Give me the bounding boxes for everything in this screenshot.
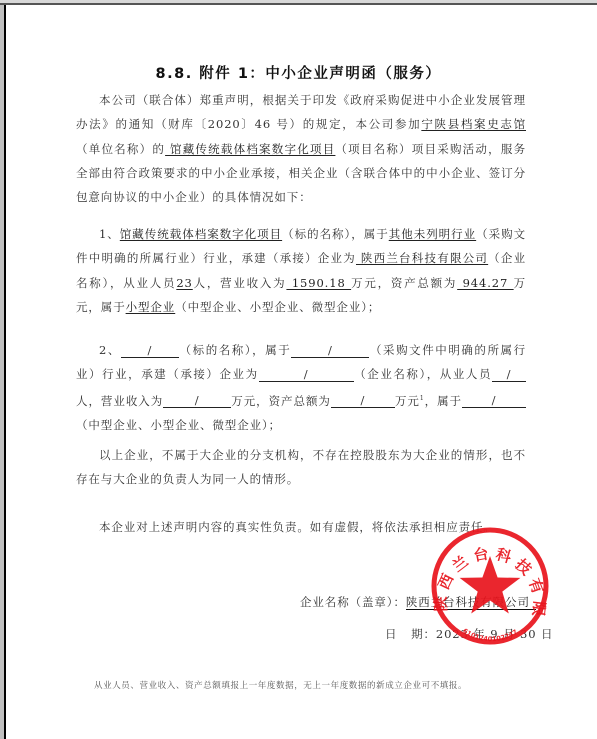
item-2-employees: / [492,367,526,382]
statement-independence: 以上企业，不属于大企业的分支机构，不存在控股股东为大企业的情形，也不存在与大企业… [76,443,526,492]
item-2-text: （中型企业、小型企业、微型企业）； [76,418,281,432]
item-2-subject-name: / [121,343,179,358]
item-2-text: （标的名称），属于 [179,343,291,357]
project-name: 馆藏传统载体档案数字化项目 [165,142,335,156]
item-2-size: / [462,393,526,408]
item-2-text: （企业名称），从业人员 [354,367,492,381]
company-seal: 陕西兰台科技有限公司 6101240102247 [420,520,560,660]
footnote: 从业人员、营业收入、资产总额填报上一年度数据，无上一年度数据的新成立企业可不填报… [94,679,467,691]
item-1-paragraph: 1、馆藏传统载体档案数字化项目（标的名称），属于其他未列明行业（采购文件中明确的… [76,222,526,319]
signature-label: 企业名称（盖章）： [300,595,406,609]
item-1-text: （中型企业、小型企业、微型企业）； [175,300,380,314]
item-2-text: 万元 [395,393,420,407]
item-1-company: 陕西兰台科技有限公司 [356,251,488,265]
page-title: 8.8. 附件 1：中小企业声明函（服务） [0,62,597,83]
item-1-text: 万元，资产总额为 [351,276,457,290]
item-2-paragraph: 2、/（标的名称），属于/（采购文件中明确的所属行业）行业，承建（承接）企业为/… [76,338,526,437]
item-1-employees: 23 [176,276,192,290]
item-1-subject-name: 馆藏传统载体档案数字化项目 [120,227,282,241]
item-2-company: / [259,367,354,382]
item-2-text: ，属于 [425,393,462,407]
item-1-revenue: 1590.18 [286,276,351,290]
unit-name: 宁陕县档案史志馆 [421,117,526,131]
item-1-text: （标的名称），属于 [282,227,389,241]
item-2-text: 人，营业收入为 [76,393,163,407]
item-2-assets: / [331,393,395,408]
item-2-revenue: / [163,393,231,408]
item-1-text: 人，营业收入为 [193,276,287,290]
item-2-industry: / [291,343,369,358]
intro-text-2: （单位名称）的 [76,142,165,156]
item-1-industry: 其他未列明行业 [389,227,476,241]
item-1-assets: 944.27 [457,276,513,290]
intro-paragraph: 本公司（联合体）郑重声明，根据关于印发《政府采购促进中小企业发展管理办法》的通知… [76,88,526,209]
item-1-number: 1、 [99,227,120,241]
item-2-text: 万元，资产总额为 [231,393,331,407]
item-2-number: 2、 [99,343,121,357]
item-1-size: 小型企业 [126,300,176,314]
